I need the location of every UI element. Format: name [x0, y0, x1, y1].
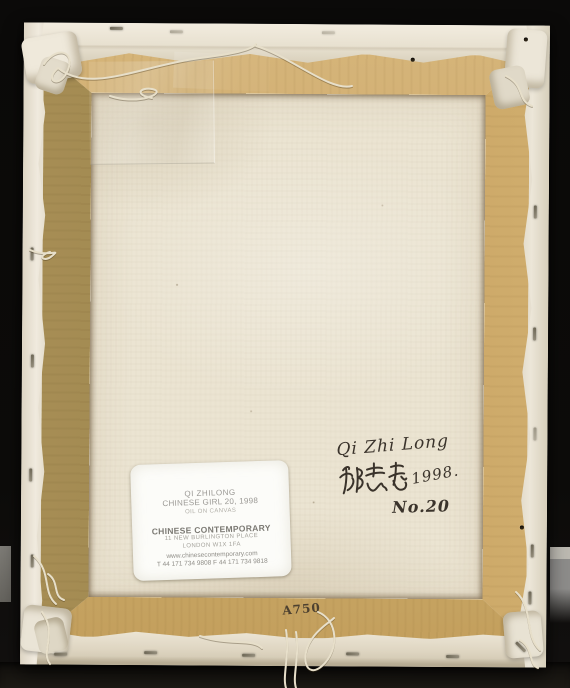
- staple: [144, 651, 157, 654]
- canvas-corner-fold-top-right-flap: [488, 64, 531, 110]
- staple: [528, 591, 531, 604]
- staple: [533, 428, 536, 441]
- staple: [29, 468, 32, 481]
- tack-hole: [520, 525, 524, 529]
- staple: [31, 554, 34, 567]
- staple: [110, 27, 123, 30]
- tack-hole: [411, 58, 415, 62]
- signature-line2: 1998.: [337, 455, 518, 498]
- staple: [31, 247, 34, 260]
- staple: [322, 31, 335, 34]
- staple: [54, 653, 67, 656]
- tape-strip-small: [173, 52, 270, 92]
- staple: [534, 206, 537, 219]
- staple: [446, 655, 459, 658]
- staple: [242, 654, 255, 657]
- staple: [31, 354, 34, 367]
- tack-hole: [524, 37, 528, 41]
- gallery-label: QI ZHILONG CHINESE GIRL 20, 1998 OIL ON …: [130, 460, 292, 581]
- signature-chinese-characters: [337, 458, 410, 498]
- staple: [346, 652, 359, 655]
- inscription-edition-number: No.20: [392, 494, 518, 517]
- canvas-back: QI ZHILONG CHINESE GIRL 20, 1998 OIL ON …: [20, 22, 550, 667]
- staple: [170, 30, 183, 33]
- artist-inscription: Qi Zhi Long: [336, 430, 518, 518]
- inscription-year: 1998.: [410, 461, 460, 488]
- background-object-left: [0, 546, 11, 602]
- staple: [531, 545, 534, 558]
- staple: [533, 328, 536, 341]
- background-object-right: [550, 547, 570, 623]
- photograph: QI ZHILONG CHINESE GIRL 20, 1998 OIL ON …: [0, 0, 570, 688]
